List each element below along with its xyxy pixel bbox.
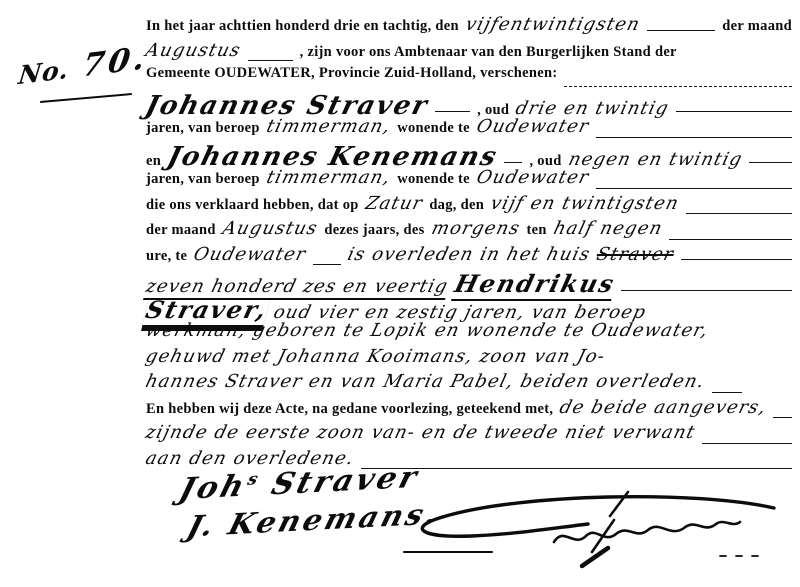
ruled-fill-line: [676, 110, 792, 112]
printed-form-text: die ons verklaard hebben, dat op: [146, 197, 359, 214]
document-line: Gemeente OUDEWATER, Provincie Zuid-Holla…: [146, 65, 792, 91]
printed-form-text: dag, den: [429, 197, 484, 214]
handwritten-text: de beide aangevers,: [558, 397, 769, 418]
document-line: gehuwd met Johanna Kooimans, zoon van Jo…: [146, 346, 792, 372]
printed-form-text: wonende te: [397, 171, 470, 188]
ruled-fill-line: [564, 85, 792, 87]
handwritten-text: werkman, geboren te Lopik en wonende te …: [143, 320, 711, 341]
document-line: En hebben wij deze Acte, na gedane voorl…: [146, 397, 792, 423]
act-number-label: No.: [17, 54, 71, 90]
printed-form-text: der maand: [722, 18, 792, 35]
handwritten-text: vijfentwintigsten: [463, 14, 642, 35]
document-line: der maandAugustusdezes jaars, desmorgens…: [146, 218, 792, 244]
document-line: In het jaar achttien honderd drie en tac…: [146, 14, 792, 40]
handwritten-text: Oudewater: [474, 167, 591, 188]
handwritten-text: zijnde de eerste zoon van- en de tweede …: [143, 422, 697, 443]
document-line: enJohannes Kenemans, oudnegen en twintig: [146, 142, 792, 168]
ruled-fill-line: [621, 289, 792, 291]
document-line: hannes Straver en van Maria Pabel, beide…: [146, 371, 792, 397]
ruled-fill-line: [669, 238, 792, 240]
ruled-fill-line: [504, 161, 522, 163]
document-line: werkman, geboren te Lopik en wonende te …: [146, 320, 792, 346]
ruled-fill-line: [702, 442, 792, 444]
ruled-fill-line: [712, 391, 742, 393]
handwritten-text: negen en twintig: [566, 149, 745, 170]
handwritten-text: Oudewater: [474, 116, 591, 137]
printed-form-text: En hebben wij deze Acte, na gedane voorl…: [146, 401, 553, 418]
ruled-fill-line: [749, 161, 792, 163]
handwritten-text: Oudewater: [192, 244, 309, 265]
printed-form-text: ure, te: [146, 248, 187, 265]
document-lines: In het jaar achttien honderd drie en tac…: [146, 14, 792, 473]
printed-form-text: en: [146, 153, 161, 170]
handwritten-text: Augustus: [143, 40, 243, 61]
printed-form-text: , zijn voor ons Ambtenaar van den Burger…: [300, 44, 677, 61]
ruled-fill-line: [313, 263, 341, 265]
handwritten-text: Augustus: [220, 218, 320, 239]
document-line: ure, teOudewateris overleden in het huis…: [146, 244, 792, 270]
act-number: No. 70.: [16, 40, 150, 92]
signature-text: Joh: [175, 469, 251, 507]
official-signature-flourish: [402, 486, 784, 576]
handwritten-text: half negen: [551, 218, 665, 239]
handwritten-text: is overleden in het huis: [346, 244, 593, 265]
ruled-fill-line: [361, 467, 792, 469]
handwritten-text: hannes Straver en van Maria Pabel, beide…: [143, 371, 707, 392]
ruled-fill-line: [596, 187, 792, 189]
ruled-fill-line: [773, 416, 792, 418]
handwritten-text: timmerman,: [264, 116, 393, 137]
printed-form-text: jaren, van beroep: [146, 171, 260, 188]
printed-form-text: ten: [527, 222, 547, 239]
handwritten-text: morgens: [429, 218, 522, 239]
handwritten-text: Zatur: [363, 193, 425, 214]
printed-form-text: jaren, van beroep: [146, 120, 260, 137]
handwritten-text: Straver: [595, 244, 677, 265]
ruled-fill-line: [647, 29, 715, 31]
printed-form-text: dezes jaars, des: [324, 222, 424, 239]
document-line: Augustus, zijn voor ons Ambtenaar van de…: [146, 40, 792, 66]
document-line: Johannes Straver, ouddrie en twintig: [146, 91, 792, 117]
ruled-fill-line: [248, 59, 293, 61]
printed-form-text: Gemeente OUDEWATER, Provincie Zuid-Holla…: [146, 65, 557, 82]
act-number-underline: [40, 93, 132, 103]
signature-text: Straver: [254, 460, 424, 503]
document-line: zijnde de eerste zoon van- en de tweede …: [146, 422, 792, 448]
handwritten-text: vijf en twintigsten: [488, 193, 681, 214]
printed-form-text: In het jaar achttien honderd drie en tac…: [146, 18, 459, 35]
handwritten-text: Hendrikus: [451, 269, 619, 301]
handwritten-text: gehuwd met Johanna Kooimans, zoon van Jo…: [143, 346, 607, 367]
ruled-fill-line: [596, 136, 792, 138]
ruled-fill-line: [435, 110, 470, 112]
death-certificate-scan: No. 70. In het jaar achttien honderd dri…: [0, 0, 800, 587]
document-line: die ons verklaard hebben, dat opZaturdag…: [146, 193, 792, 219]
printed-form-text: der maand: [146, 222, 216, 239]
document-line: zeven honderd zes en veertigHendrikus: [146, 269, 792, 295]
ruled-fill-line: [681, 258, 792, 260]
handwritten-text: timmerman,: [264, 167, 393, 188]
ruled-fill-line: [686, 212, 792, 214]
printed-form-text: wonende te: [397, 120, 470, 137]
act-number-value: 70.: [80, 40, 151, 85]
